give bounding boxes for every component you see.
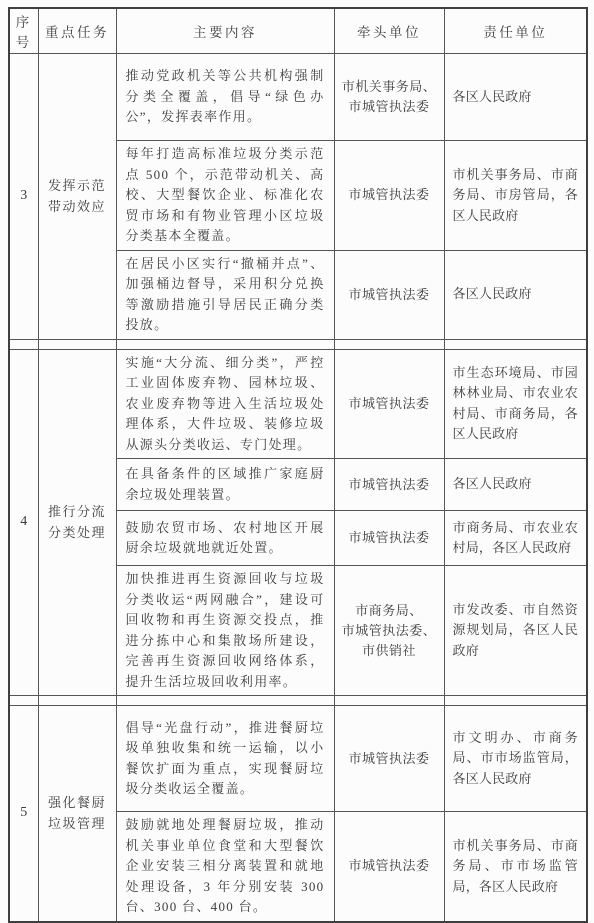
responsible-unit: 市商务局、市农业农村局，各区人民政府 [444, 511, 587, 566]
section-task: 发挥示范带动效应 [38, 54, 116, 340]
responsible-unit: 市机关事务局、市商务局、市房管局，各区人民政府 [444, 141, 587, 251]
column-header-responsible-unit: 责任单位 [444, 8, 587, 54]
lead-unit: 市商务局、 市城管执法委、 市供销社 [334, 566, 444, 696]
lead-unit: 市城管执法委 [334, 706, 444, 812]
section-divider-row [9, 339, 587, 349]
responsible-unit: 市机关事务局、市商务局、市市场监管局，各区人民政府 [444, 812, 587, 922]
column-header-key-task: 重点任务 [38, 8, 116, 54]
divider-cell [9, 696, 38, 706]
responsible-unit: 市文明办、市商务局、市市场监管局，各区人民政府 [444, 706, 587, 812]
lead-unit: 市城管执法委 [334, 141, 444, 251]
divider-cell [116, 696, 334, 706]
section-number: 3 [9, 54, 38, 340]
responsible-unit: 市生态环境局、市园林林业局、市农业农村局、市商务局，各区人民政府 [444, 349, 587, 459]
responsible-unit: 各区人民政府 [444, 54, 587, 141]
divider-cell [444, 696, 587, 706]
task-content: 推动党政机关等公共机构强制分类全覆盖，倡导“绿色办公”，发挥表率作用。 [116, 54, 334, 141]
responsible-unit: 各区人民政府 [444, 250, 587, 339]
responsible-unit: 市发改委、市自然资源规划局，各区人民政府 [444, 566, 587, 696]
task-content: 在具备条件的区域推广家庭厨余垃圾处理装置。 [116, 459, 334, 511]
task-content: 在居民小区实行“撤桶并点”、加强桶边督导，采用积分兑换等激励措施引导居民正确分类… [116, 250, 334, 339]
lead-unit: 市城管执法委 [334, 812, 444, 922]
section-number: 4 [9, 349, 38, 696]
section-task: 推行分流分类处理 [38, 349, 116, 696]
lead-unit: 市城管执法委 [334, 349, 444, 459]
divider-cell [116, 339, 334, 349]
section-task: 强化餐厨垃圾管理 [38, 706, 116, 922]
divider-cell [334, 339, 444, 349]
table-row: 3 发挥示范带动效应 推动党政机关等公共机构强制分类全覆盖，倡导“绿色办公”，发… [9, 54, 587, 141]
task-content: 鼓励农贸市场、农村地区开展厨余垃圾就地就近处置。 [116, 511, 334, 566]
divider-cell [38, 339, 116, 349]
implementation-tasks-table: 序号 重点任务 主要内容 牵头单位 责任单位 3 发挥示范带动效应 推动党政机关… [8, 7, 588, 923]
section-divider-row [9, 696, 587, 706]
lead-unit: 市城管执法委 [334, 459, 444, 511]
table-row: 4 推行分流分类处理 实施“大分流、细分类”，严控工业固体废弃物、园林垃圾、农业… [9, 349, 587, 459]
section-number: 5 [9, 706, 38, 922]
lead-unit: 市城管执法委 [334, 511, 444, 566]
task-content: 鼓励就地处理餐厨垃圾，推动机关事业单位食堂和大型餐饮企业安装三相分离装置和就地处… [116, 812, 334, 922]
task-content: 加快推进再生资源回收与垃圾分类收运“两网融合”，建设可回收物和再生资源交投点，推… [116, 566, 334, 696]
column-header-main-content: 主要内容 [116, 8, 334, 54]
task-content: 每年打造高标准垃圾分类示范点 500 个，示范带动机关、高校、大型餐饮企业、标准… [116, 141, 334, 251]
divider-cell [444, 339, 587, 349]
lead-unit: 市机关事务局、 市城管执法委 [334, 54, 444, 141]
divider-cell [334, 696, 444, 706]
task-content: 倡导“光盘行动”，推进餐厨垃圾单独收集和统一运输，以小餐饮扩面为重点，实现餐厨垃… [116, 706, 334, 812]
task-content: 实施“大分流、细分类”，严控工业固体废弃物、园林垃圾、农业废弃物等进入生活垃圾处… [116, 349, 334, 459]
lead-unit: 市城管执法委 [334, 250, 444, 339]
table-row: 5 强化餐厨垃圾管理 倡导“光盘行动”，推进餐厨垃圾单独收集和统一运输，以小餐饮… [9, 706, 587, 812]
column-header-lead-unit: 牵头单位 [334, 8, 444, 54]
column-header-serial: 序号 [9, 8, 38, 54]
divider-cell [9, 339, 38, 349]
table-header-row: 序号 重点任务 主要内容 牵头单位 责任单位 [9, 8, 587, 54]
responsible-unit: 各区人民政府 [444, 459, 587, 511]
divider-cell [38, 696, 116, 706]
